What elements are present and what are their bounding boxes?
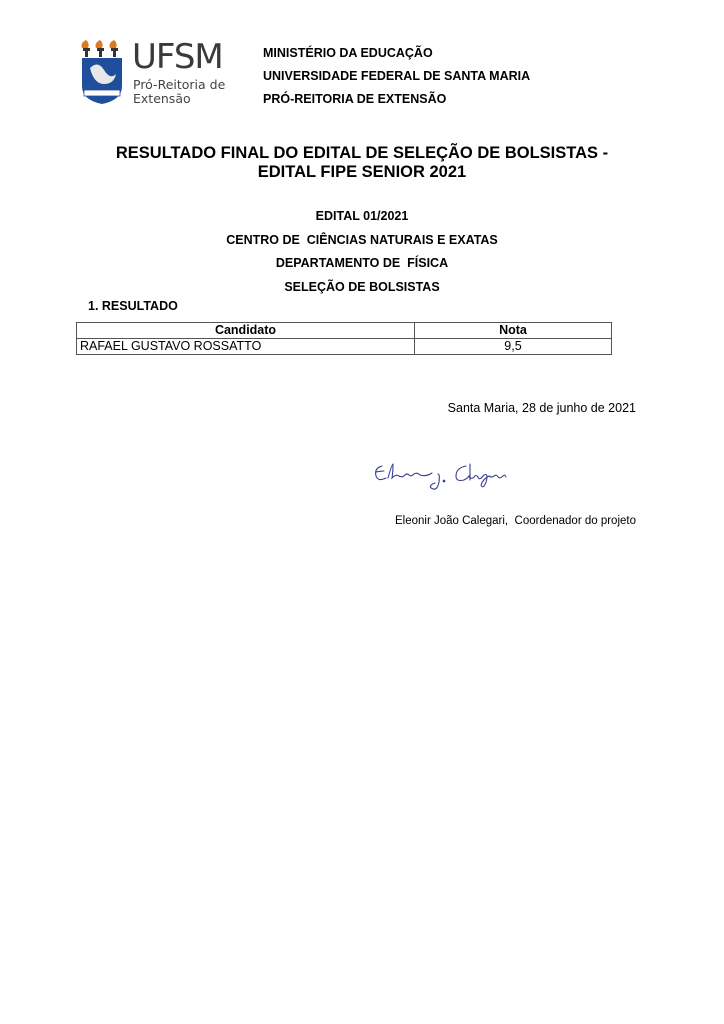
signature-icon: Eleonir J. Calegari	[370, 456, 520, 496]
subheader-edital: EDITAL 01/2021	[0, 205, 724, 229]
header-pro-rectory: PRÓ-REITORIA DE EXTENSÃO	[263, 88, 530, 111]
institution-header: MINISTÉRIO DA EDUCAÇÃO UNIVERSIDADE FEDE…	[263, 42, 530, 111]
ufsm-logo: UFSM Pró-Reitoria de Extensão	[80, 38, 230, 110]
logo-subtitle: Pró-Reitoria de Extensão	[133, 78, 225, 106]
subheader-selecao: SELEÇÃO DE BOLSISTAS	[0, 276, 724, 300]
column-header-candidato: Candidato	[77, 323, 415, 339]
ufsm-crest-icon	[80, 38, 124, 108]
header-university: UNIVERSIDADE FEDERAL DE SANTA MARIA	[263, 65, 530, 88]
column-header-nota: Nota	[415, 323, 612, 339]
table-row: RAFAEL GUSTAVO ROSSATTO 9,5	[77, 339, 612, 355]
title-line1: RESULTADO FINAL DO EDITAL DE SELEÇÃO DE …	[0, 144, 724, 163]
logo-acronym: UFSM	[132, 38, 223, 76]
signer-name: Eleonir João Calegari, Coordenador do pr…	[395, 515, 636, 527]
subheader-departamento: DEPARTAMENTO DE FÍSICA	[0, 252, 724, 276]
header-ministry: MINISTÉRIO DA EDUCAÇÃO	[263, 42, 530, 65]
document-title: RESULTADO FINAL DO EDITAL DE SELEÇÃO DE …	[0, 144, 724, 182]
document-date: Santa Maria, 28 de junho de 2021	[448, 401, 636, 415]
table-header-row: Candidato Nota	[77, 323, 612, 339]
subheader-centro: CENTRO DE CIÊNCIAS NATURAIS E EXATAS	[0, 229, 724, 253]
cell-nota: 9,5	[415, 339, 612, 355]
logo-subtitle-line1: Pró-Reitoria de	[133, 78, 225, 92]
logo-subtitle-line2: Extensão	[133, 92, 225, 106]
results-table: Candidato Nota RAFAEL GUSTAVO ROSSATTO 9…	[76, 322, 612, 355]
section-title: 1. RESULTADO	[88, 299, 178, 313]
cell-candidato: RAFAEL GUSTAVO ROSSATTO	[77, 339, 415, 355]
document-subheader: EDITAL 01/2021 CENTRO DE CIÊNCIAS NATURA…	[0, 205, 724, 299]
title-line2: EDITAL FIPE SENIOR 2021	[0, 163, 724, 182]
